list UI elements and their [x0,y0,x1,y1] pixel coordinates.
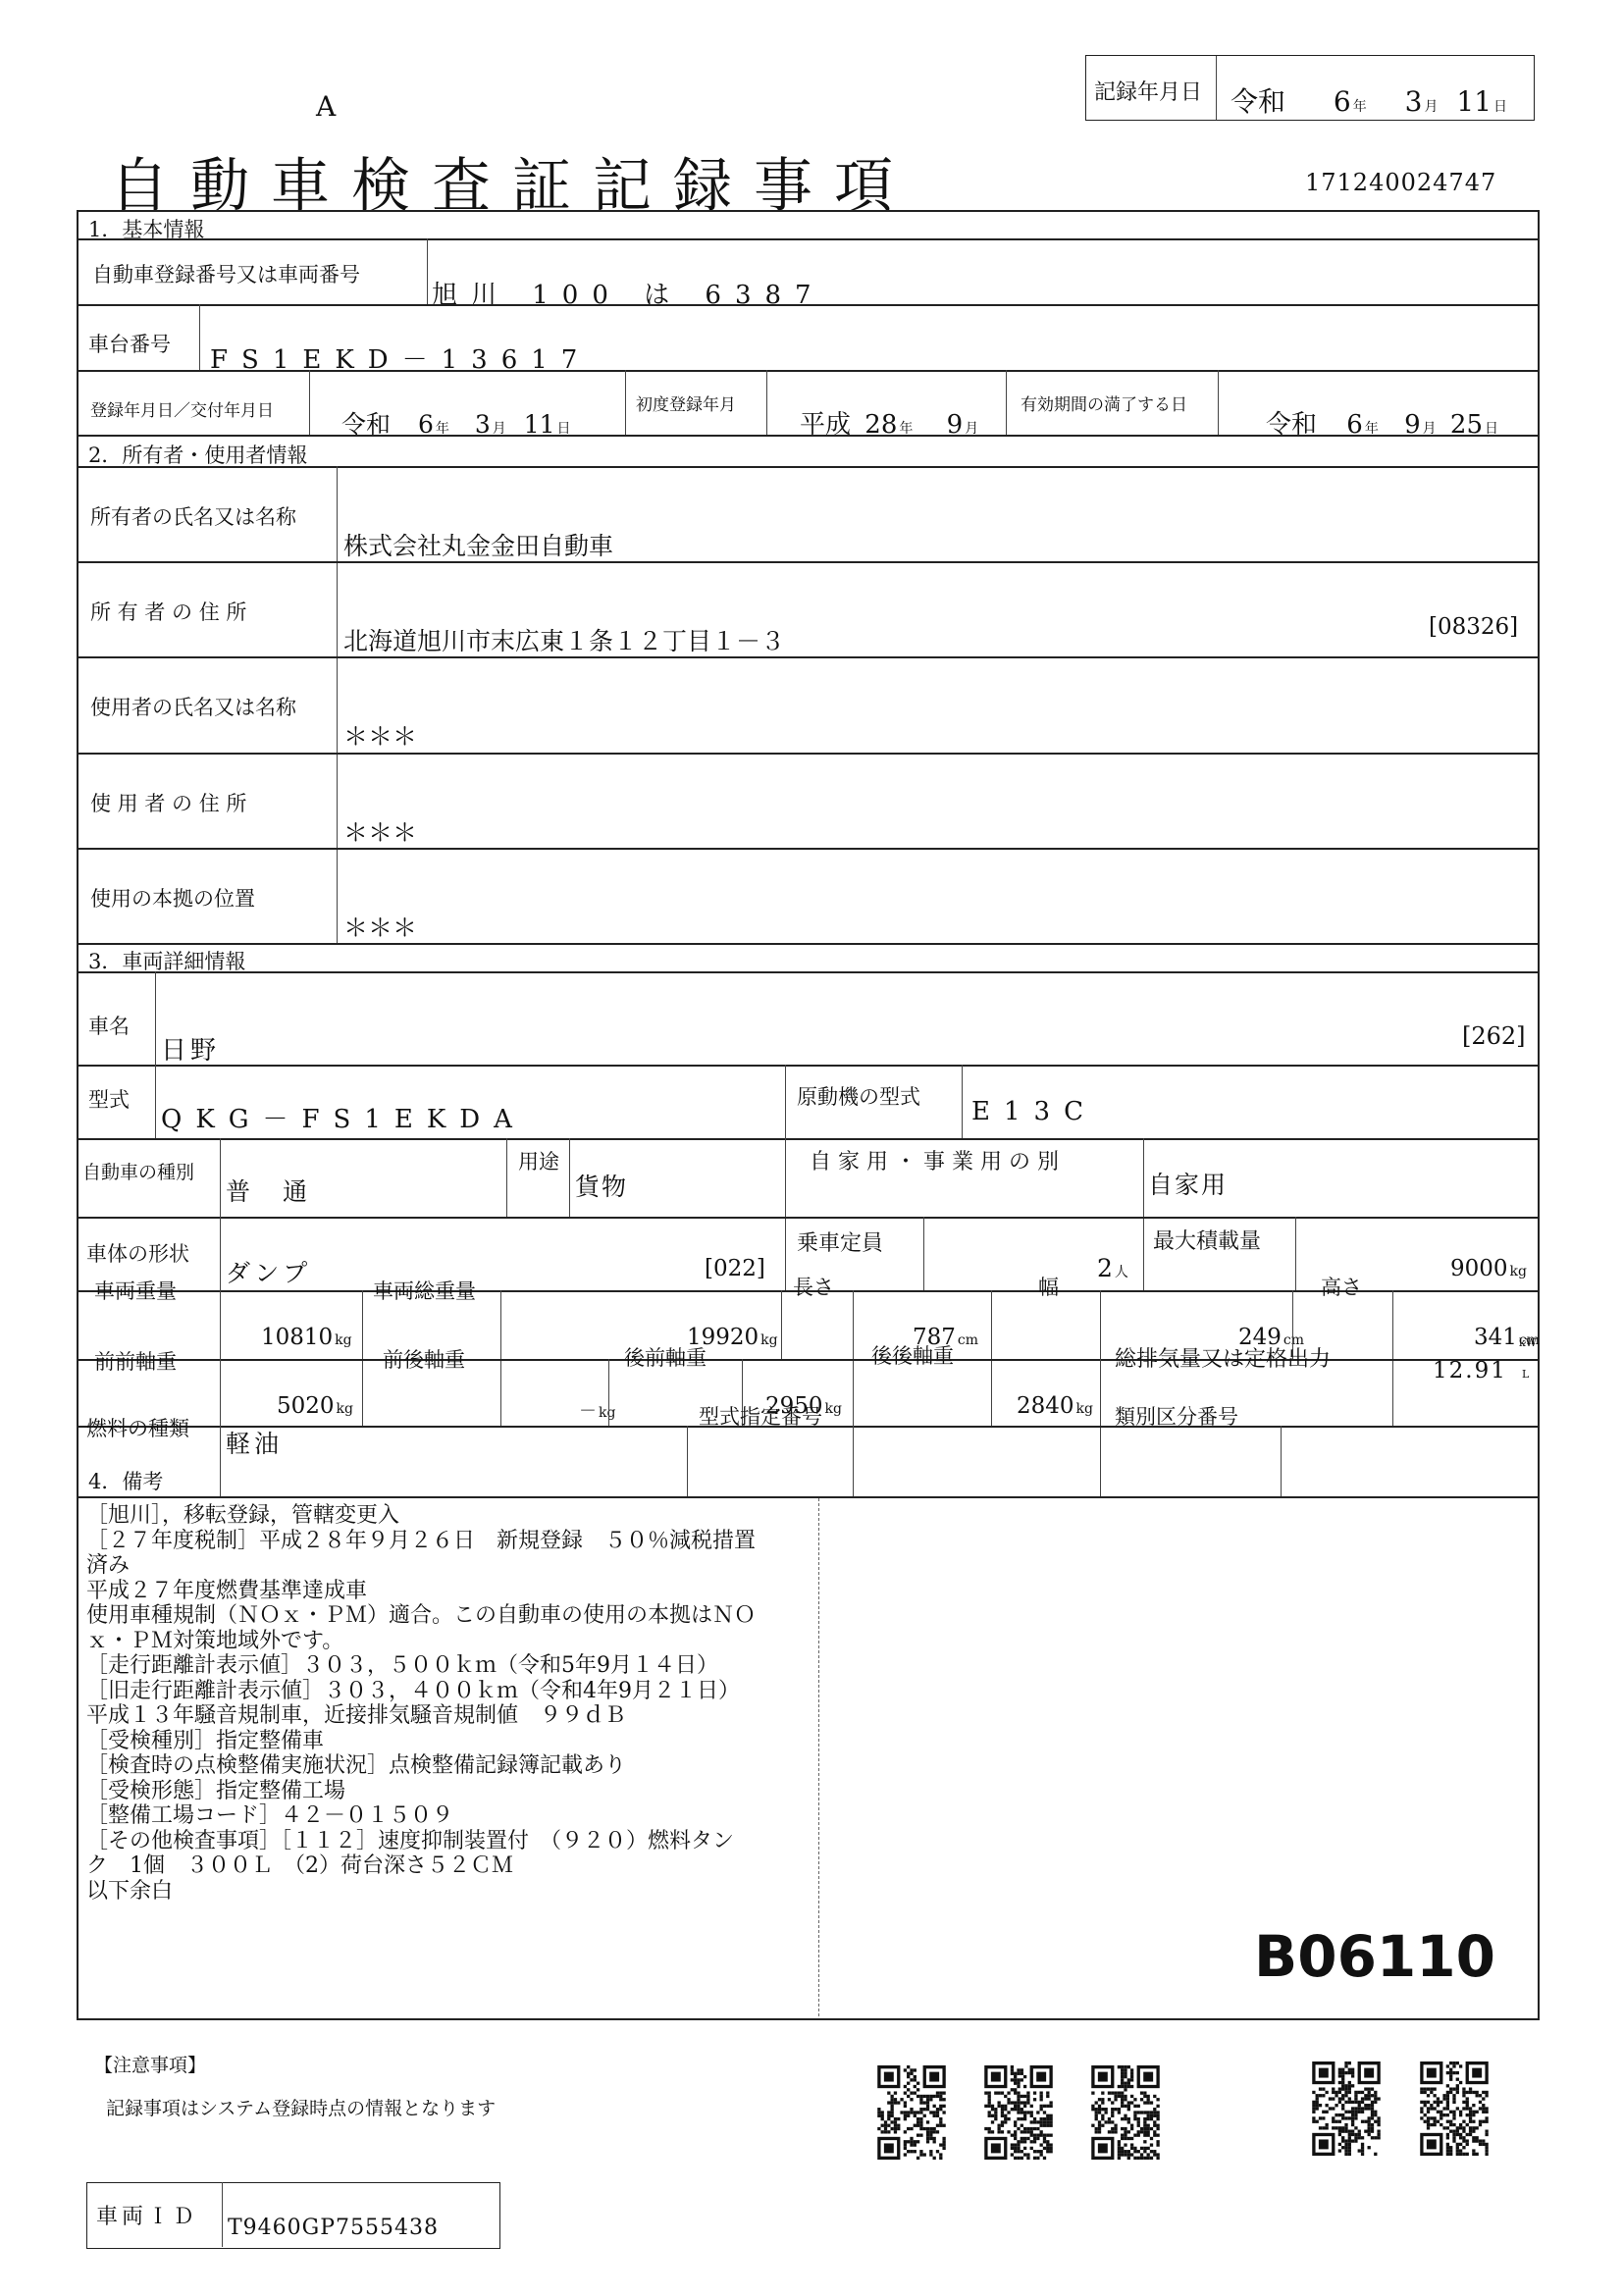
owner-user-row-label: 使用の本拠の位置 [90,883,255,913]
page-marker: A [316,90,336,123]
owner-user-row-label: 使用者の氏名又は名称 [90,692,296,721]
displacement: 12.91 [1433,1358,1507,1383]
fuel-label: 燃料の種類 [86,1413,189,1442]
record-date-value: 令和 6年 3月 11日 [1230,80,1507,120]
qr-code-5 [1419,2061,1490,2156]
record-date-era: 令和 [1230,85,1285,118]
owner-user-row-value: 株式会社丸金金田自動車 [343,527,613,562]
capacity-label: 乗車定員 [797,1226,883,1257]
document-number: 171240024747 [1305,169,1496,196]
registration-number-label: 自動車登録番号又は車両番号 [92,259,360,288]
month-unit: 月 [1424,99,1438,115]
qr-code-3 [1090,2065,1161,2160]
section4-heading: 4．備考 [88,1466,163,1495]
record-date-label: 記録年月日 [1094,76,1202,106]
vehicle-name: 日野 [161,1030,220,1067]
usage: 貨物 [575,1168,628,1203]
fuel: 軽油 [226,1425,283,1460]
owner-user-row-value: 北海道旭川市末広東１条１２丁目１－３ [343,622,785,657]
rr-axle: 2840kg [1017,1393,1093,1419]
vehicle-weight: 10810kg [261,1325,352,1350]
unit: kg [825,1401,842,1417]
max-load-label: 最大積載量 [1153,1225,1261,1255]
address-code: [08326] [1429,614,1518,640]
unit: cm [958,1332,978,1348]
stamp-code: B06110 [1254,1923,1495,1990]
owner-user-row-value: ＊＊＊ [343,813,417,849]
qr-code-1 [876,2065,947,2160]
value: 5020 [277,1393,335,1419]
value: 10810 [261,1325,333,1350]
registration-date-label: 登録年月日／交付年月日 [90,396,274,421]
type-designation-label: 型式指定番号 [699,1401,822,1431]
body-shape: ダンプ [226,1254,311,1289]
fr-axle-label: 前後軸重 [383,1344,465,1374]
displacement-label: 総排気量又は定格出力 [1115,1342,1331,1373]
category-label: 類別区分番号 [1115,1401,1238,1431]
owner-user-row-value: ＊＊＊ [343,909,417,944]
model-label: 型式 [88,1084,130,1114]
private-business: 自家用 [1148,1166,1228,1201]
unit: kg [760,1332,777,1348]
ff-axle-label: 前前軸重 [94,1346,177,1376]
record-date-year: 6 [1334,85,1351,118]
notice-text: 記録事項はシステム登録時点の情報となります [106,2094,496,2120]
record-date-month: 3 [1405,85,1423,118]
unit: kg [335,1332,351,1348]
vehicle-id-label: 車両ＩＤ [96,2200,198,2230]
value: 2840 [1017,1393,1074,1419]
vehicle-name-code: [262] [1462,1022,1526,1050]
unit: kg [1076,1401,1093,1417]
owner-user-row-label: 所有者の氏名又は名称 [90,501,296,531]
year-unit: 年 [1353,99,1367,115]
displacement-unit-l: L [1522,1368,1529,1381]
capacity-value: 2 [1097,1254,1113,1282]
engine-model-label: 原動機の型式 [797,1081,920,1111]
first-registration-label: 初度登録年月 [636,391,736,415]
notice-heading: 【注意事項】 [94,2051,206,2077]
day-unit: 日 [1493,99,1507,115]
engine-model: E13C [971,1097,1097,1126]
vehicle-name-label: 車名 [88,1011,130,1040]
owner-user-row-label: 使 用 者 の 住 所 [90,788,246,817]
rr-axle-label: 後後軸重 [871,1340,954,1370]
record-date-day: 11 [1456,85,1492,118]
max-load: 9000kg [1450,1256,1527,1281]
unit: 人 [1115,1265,1128,1280]
vehicle-weight-label: 車両重量 [94,1276,177,1305]
remarks-text: ［旭川］，移転登録，管轄変更入 ［２７年度税制］平成２８年９月２６日 新規登録 … [86,1503,756,1904]
body-shape-label: 車体の形状 [86,1238,189,1268]
height-label: 高さ [1321,1272,1362,1301]
qr-code-2 [983,2065,1054,2160]
qr-code-4 [1311,2061,1382,2156]
unit: kg [337,1401,353,1417]
owner-user-row-value: ＊＊＊ [343,717,417,753]
gross-weight-label: 車両総重量 [373,1276,476,1305]
private-business-label: 自 家 用 ・ 事 業 用 の 別 [810,1145,1059,1175]
length-label: 長さ [793,1272,834,1301]
displacement-unit-kw: kW [1519,1336,1537,1349]
rf-axle-label: 後前軸重 [624,1342,707,1372]
unit: kg [1510,1264,1527,1279]
vehicle-class-label: 自動車の種別 [82,1158,194,1184]
expiry-label: 有効期間の満了する日 [1021,391,1187,415]
model: QKG－FS1EKDA [161,1099,526,1135]
chassis-number-label: 車台番号 [88,329,171,358]
value: － [579,1401,597,1422]
capacity: 2人 [1097,1254,1128,1282]
owner-user-row-label: 所 有 者 の 住 所 [90,597,246,626]
value: 341 [1474,1325,1517,1350]
section2-heading: 2．所有者・使用者情報 [88,440,307,469]
vehicle-class: 普 通 [226,1173,311,1208]
unit: kg [599,1405,615,1421]
fr-axle: －kg [579,1397,615,1423]
usage-label: 用途 [518,1146,559,1175]
vehicle-id: T9460GP7555438 [228,2216,439,2240]
body-shape-code: [022] [705,1256,765,1281]
max-load-value: 9000 [1450,1256,1508,1281]
ff-axle: 5020kg [277,1393,353,1419]
width-label: 幅 [1038,1272,1059,1301]
